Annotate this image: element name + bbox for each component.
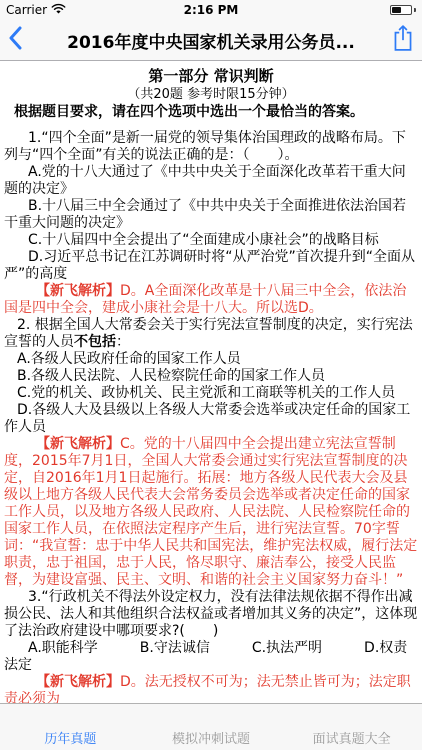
chevron-left-icon <box>8 26 22 54</box>
question-stem: 3.“行政机关不得法外设定权力，没有法律法规依据不得作出减损公民、法人和其他组织… <box>4 589 418 640</box>
question-stem: 1.“四个全面”是新一届党的领导集体治国理政的战略布局。下列与“四个全面”有关的… <box>4 130 418 164</box>
option-item: D.各级人大及县级以上各级人大常委会选举或决定任命的国家工作人员 <box>4 402 418 436</box>
tab-item-1[interactable]: 历年真题 <box>0 728 141 750</box>
share-icon <box>392 24 414 56</box>
carrier-label: Carrier <box>6 3 47 17</box>
option-item: B.十八届三中全会通过了《中共中央关于全面推进依法治国若干重大问题的决定》 <box>4 198 418 232</box>
question-stem: 2. 根据全国人大常委会关于实行宪法宣誓制度的决定，实行宪法宣誓的人员不包括： <box>4 317 418 351</box>
share-button[interactable] <box>392 24 414 56</box>
tab-bar: 历年真题模拟冲刺试题面试真题大全 <box>0 703 422 750</box>
analysis-text: 【新飞解析】D。法无授权不可为；法无禁止皆可为；法定职责必须为 <box>4 674 418 703</box>
option-item: A.党的十八大通过了《中共中央关于全面深化改革若干重大问题的决定》 <box>4 164 418 198</box>
analysis-text: 【新飞解析】C。党的十八届四中全会提出建立宪法宣誓制度，2015年7月1日，全国… <box>4 436 418 589</box>
battery-icon <box>390 5 412 15</box>
option-item: B.各级人民法院、人民检察院任命的国家工作人员 <box>4 368 418 385</box>
analysis-text: 【新飞解析】D。A全面深化改革是十八届三中全会，依法治国是四中全会，建成小康社会… <box>4 283 418 317</box>
option-item: A.各级人民政府任命的国家工作人员 <box>4 351 418 368</box>
back-button[interactable] <box>8 26 22 54</box>
section-title: 第一部分 常识判断 <box>4 67 418 86</box>
options-inline-row: A.职能科学 B.守法诚信 C.执法严明 D.权责法定 <box>4 640 418 674</box>
analysis-label: 【新飞解析】 <box>36 283 120 299</box>
wifi-icon <box>51 3 66 17</box>
option-item: C.党的机关、政协机关、民主党派和工商联等机关的工作人员 <box>4 385 418 402</box>
nav-bar: 2016年度中央国家机关录用公务员... <box>0 20 422 61</box>
tab-item-3[interactable]: 面试真题大全 <box>281 728 422 750</box>
instruction-text: 根据题目要求，请在四个选项中选出一个最恰当的答案。 <box>4 103 418 122</box>
option-item: C.十八届四中全会提出了“全面建成小康社会”的战略目标 <box>4 232 418 249</box>
option-item: D.习近平总书记在江苏调研时将“从严治党”首次提升到“全面从严”的高度 <box>4 249 418 283</box>
content-scroll[interactable]: 第一部分 常识判断 （共20题 参考时限15分钟） 根据题目要求，请在四个选项中… <box>0 61 422 703</box>
page-title: 2016年度中央国家机关录用公务员... <box>40 28 382 53</box>
analysis-label: 【新飞解析】 <box>36 436 120 452</box>
tab-item-2[interactable]: 模拟冲刺试题 <box>141 728 282 750</box>
battery-tip <box>414 8 416 12</box>
question-list: 1.“四个全面”是新一届党的领导集体治国理政的战略布局。下列与“四个全面”有关的… <box>4 130 418 703</box>
section-subtitle: （共20题 参考时限15分钟） <box>4 86 418 103</box>
status-bar: Carrier 2:16 PM <box>0 0 422 20</box>
analysis-label: 【新飞解析】 <box>36 674 120 690</box>
